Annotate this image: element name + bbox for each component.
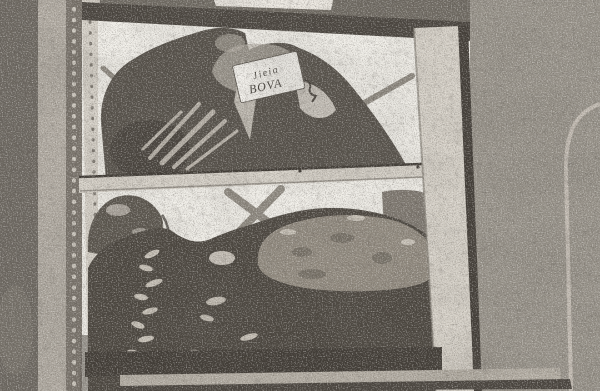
scanned-photo: Jieia BOVA [0,0,600,391]
light-grain [0,0,600,391]
photo-canvas: Jieia BOVA [0,0,600,391]
